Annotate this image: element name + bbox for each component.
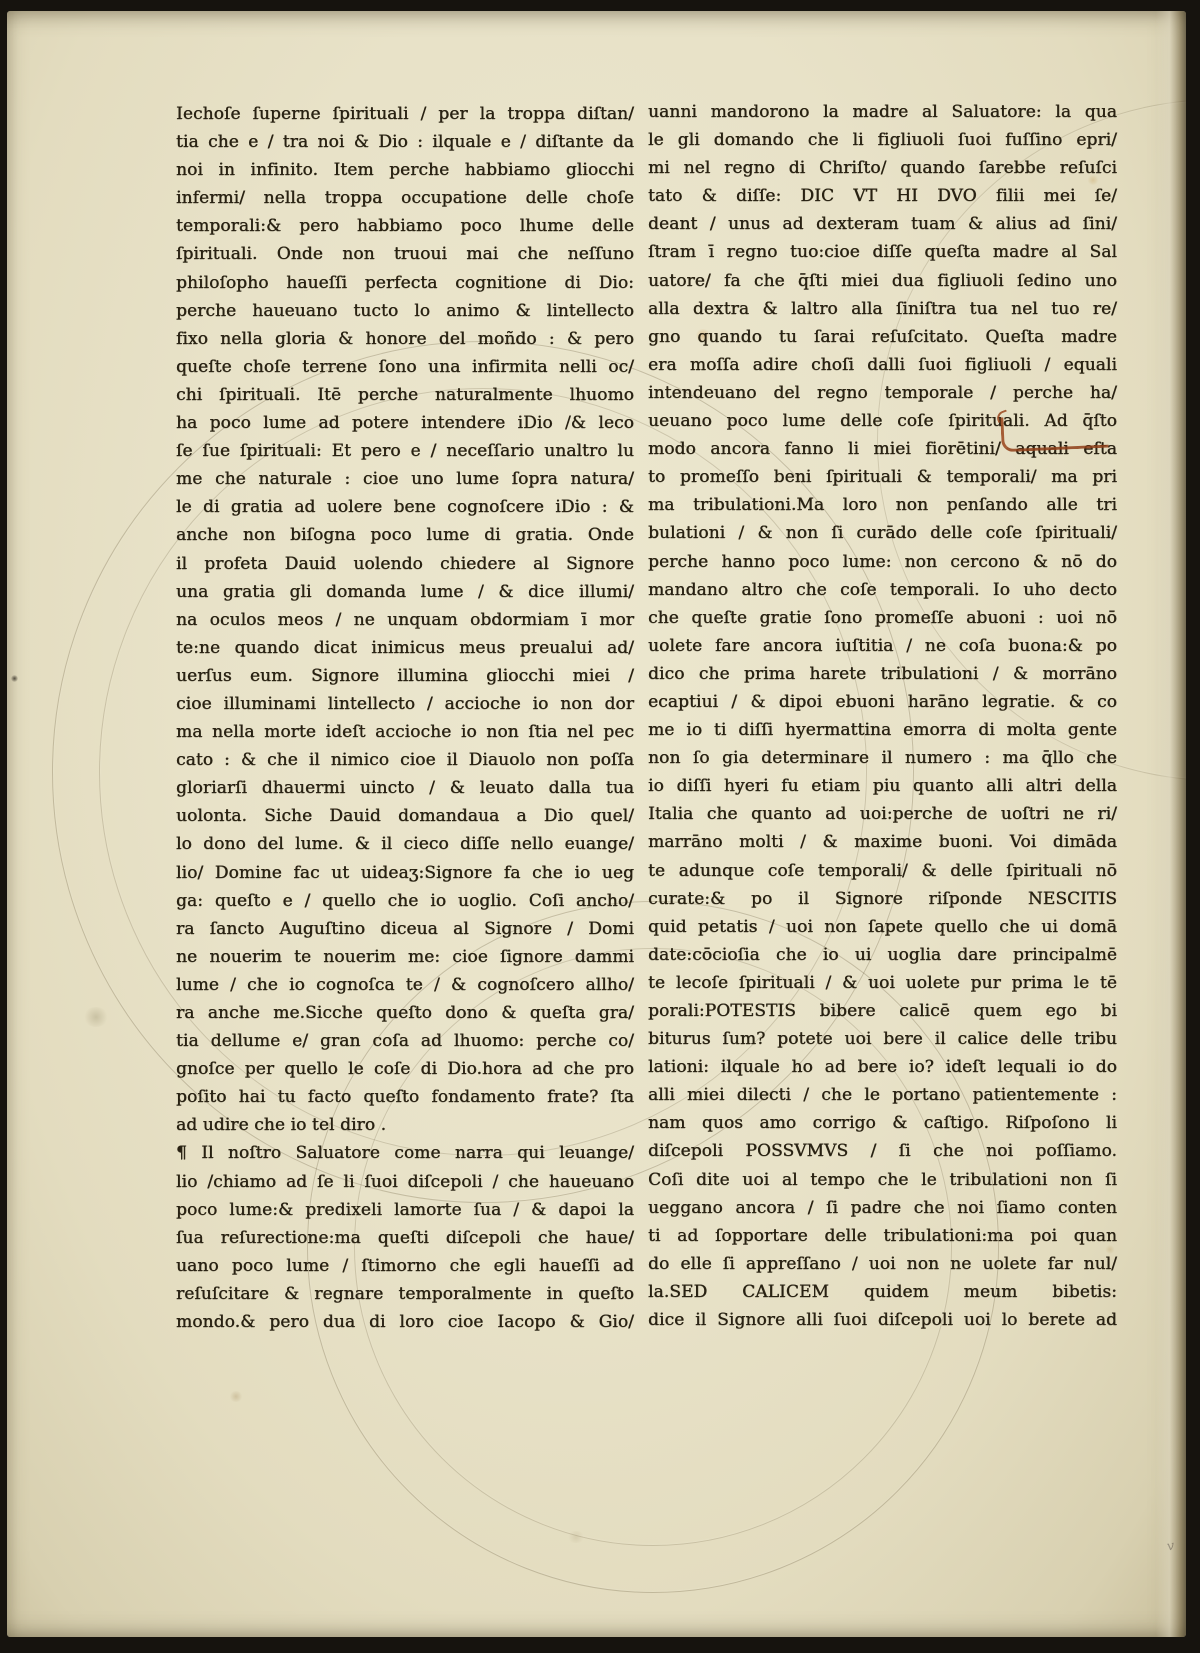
text-line: la.SED CALICEM quidem meum bibetis:: [648, 1278, 1117, 1306]
text-line: curate:& po il Signore riſponde NESCITIS: [648, 885, 1117, 913]
text-line: mondo.& pero dua di loro cioe Iacopo & G…: [176, 1308, 634, 1336]
text-line: do elle ſi appreſſano / uoi non ne uolet…: [648, 1250, 1117, 1278]
text-line: gnoſce per quello le coſe di Dio.hora ad…: [176, 1055, 634, 1083]
text-line: date:cōcioſia che io ui uoglia dare prin…: [648, 941, 1117, 969]
text-line: diſcepoli POSSVMVS / ſi che noi poſſiamo…: [648, 1137, 1117, 1165]
text-line: alli miei dilecti / che le portano patie…: [648, 1081, 1117, 1109]
text-line: lo dono del lume. & il cieco diſſe nello…: [176, 830, 634, 858]
text-line: uolonta. Siche Dauid domandaua a Dio que…: [176, 802, 634, 830]
text-line: ra ſancto Auguſtino diceua al Signore / …: [176, 915, 634, 943]
text-line: ueggano ancora / ſi padre che noi ſiamo …: [648, 1194, 1117, 1222]
text-line: philoſopho haueſſi perfecta cognitione d…: [176, 269, 634, 297]
text-line: tia dellume e/ gran coſa ad lhuomo: perc…: [176, 1027, 634, 1055]
text-line: ga: queſto e / quello che io uoglio. Coſ…: [176, 887, 634, 915]
text-line: fixo nella gloria & honore del moñdo : &…: [176, 325, 634, 353]
text-line: Coſi dite uoi al tempo che le tribulatio…: [648, 1166, 1117, 1194]
text-line: tato & diſſe: DIC VT HI DVO filii mei ſe…: [648, 182, 1117, 210]
text-line: uatore/ fa che q̄ſti miei dua figliuoli …: [648, 267, 1117, 295]
text-line: uerſus eum. Signore illumina gliocchi mi…: [176, 662, 634, 690]
text-line: Iechoſe ſuperne ſpirituali / per la trop…: [176, 100, 634, 128]
text-column-right: uanni mandorono la madre al Saluatore: l…: [648, 98, 1117, 1334]
text-line: poſito hai tu facto queſto fondamento fr…: [176, 1083, 634, 1111]
text-line: perche hanno poco lume: non cercono & nō…: [648, 548, 1117, 576]
text-line: noi in infinito. Item perche habbiamo gl…: [176, 156, 634, 184]
text-line: ra anche me.Sicche queſto dono & queſta …: [176, 999, 634, 1027]
text-line: ti ad ſopportare delle tribulationi:ma p…: [648, 1222, 1117, 1250]
text-line: marrāno molti / & maxime buoni. Voi dimā…: [648, 828, 1117, 856]
text-line: io diſſi hyeri fu etiam piu quanto alli …: [648, 772, 1117, 800]
text-line: me che naturale : cioe uno lume ſopra na…: [176, 465, 634, 493]
text-line: che queſte gratie ſono promeſſe abuoni :…: [648, 604, 1117, 632]
text-line: reſuſcitare & regnare temporalmente in q…: [176, 1280, 634, 1308]
text-line: ſpirituali. Onde non truoui mai che neſſ…: [176, 240, 634, 268]
text-line: anche non biſogna poco lume di gratia. O…: [176, 521, 634, 549]
text-line: uolete fare ancora iuſtitia / ne coſa bu…: [648, 632, 1117, 660]
text-line: dice il Signore alli ſuoi diſcepoli uoi …: [648, 1306, 1117, 1334]
text-line: era moſſa adire choſi dalli ſuoi figliuo…: [648, 351, 1117, 379]
text-line: uano poco lume / ſtimorno che egli haueſ…: [176, 1252, 634, 1280]
ink-speck: [11, 675, 18, 682]
book-page: Iechoſe ſuperne ſpirituali / per la trop…: [7, 11, 1186, 1637]
text-line: ſe ſue ſpirituali: Et pero e / neceſſari…: [176, 437, 634, 465]
text-line: lationi: ilquale ho ad bere io? ideſt le…: [648, 1053, 1117, 1081]
text-line: tia che e / tra noi & Dio : ilquale e / …: [176, 128, 634, 156]
text-line: ſua reſurectione:ma queſti diſcepoli che…: [176, 1224, 634, 1252]
text-line: queſte choſe terrene ſono una infirmita …: [176, 353, 634, 381]
text-line: biturus ſum? potete uoi bere il calice d…: [648, 1025, 1117, 1053]
text-line: dico che prima harete tribulationi / & m…: [648, 660, 1117, 688]
text-line: ſtram ī regno tuo:cioe diſſe queſta madr…: [648, 238, 1117, 266]
text-line: te lecoſe ſpirituali / & uoi uolete pur …: [648, 969, 1117, 997]
text-line: porali:POTESTIS bibere calicē quem ego b…: [648, 997, 1117, 1025]
text-line: intendeuano del regno temporale / perche…: [648, 379, 1117, 407]
text-line: una gratia gli domanda lume / & dice ill…: [176, 578, 634, 606]
text-line: ¶ Il noſtro Saluatore come narra qui leu…: [176, 1139, 634, 1167]
text-line: quid petatis / uoi non ſapete quello che…: [648, 913, 1117, 941]
text-line: le di gratia ad uolere bene cognoſcere i…: [176, 493, 634, 521]
text-line: ha poco lume ad potere intendere iDio /&…: [176, 409, 634, 437]
text-line: chi ſpirituali. Itē perche naturalmente …: [176, 381, 634, 409]
text-line: non ſo gia determinare il numero : ma q̄…: [648, 744, 1117, 772]
foxing-stain: [229, 1391, 243, 1402]
manuscript-ink-bracket: [1000, 413, 1108, 453]
text-column-left: Iechoſe ſuperne ſpirituali / per la trop…: [176, 100, 634, 1336]
text-line: te adunque coſe temporali/ & delle ſpiri…: [648, 857, 1117, 885]
text-line: nam quos amo corrigo & caſtigo. Riſpoſon…: [648, 1109, 1117, 1137]
text-line: na oculos meos / ne unquam obdormiam ī m…: [176, 606, 634, 634]
text-line: il profeta Dauid uolendo chiedere al Sig…: [176, 550, 634, 578]
text-line: cato : & che il nimico cioe il Diauolo n…: [176, 746, 634, 774]
foxing-stain: [567, 1531, 585, 1543]
text-line: gno quando tu ſarai reſuſcitato. Queſta …: [648, 323, 1117, 351]
text-line: mandano altro che coſe temporali. Io uho…: [648, 576, 1117, 604]
text-line: ma tribulationi.Ma loro non penſando all…: [648, 491, 1117, 519]
page-edge-shading: [1156, 11, 1186, 1637]
text-line: gloriarſi dhauermi uincto / & leuato dal…: [176, 774, 634, 802]
text-line: Italia che quanto ad uoi:perche de uoſtr…: [648, 800, 1117, 828]
text-line: me io ti diſſi hyermattina emorra di mol…: [648, 716, 1117, 744]
text-line: perche haueuano tucto lo animo & lintell…: [176, 297, 634, 325]
text-line: ne nouerim te nouerim me: cioe ſignore d…: [176, 943, 634, 971]
text-line: ecaptiui / & dipoi ebuoni harāno legrati…: [648, 688, 1117, 716]
text-line: cioe illuminami lintellecto / accioche i…: [176, 690, 634, 718]
text-line: infermi/ nella troppa occupatione delle …: [176, 184, 634, 212]
text-line: te:ne quando dicat inimicus meus preualu…: [176, 634, 634, 662]
text-line: ad udire che io tel diro .: [176, 1111, 634, 1139]
text-line: alla dextra & laltro alla ſiniſtra tua n…: [648, 295, 1117, 323]
text-line: lume / che io cognoſca te / & cognoſcero…: [176, 971, 634, 999]
text-line: mi nel regno di Chriſto/ quando ſarebbe …: [648, 154, 1117, 182]
text-line: le gli domando che li figliuoli ſuoi fuſ…: [648, 126, 1117, 154]
text-line: lio/ Domine fac ut uideaʒ:Signore fa che…: [176, 859, 634, 887]
text-line: temporali:& pero habbiamo poco lhume del…: [176, 212, 634, 240]
text-line: poco lume:& predixeli lamorte ſua / & da…: [176, 1196, 634, 1224]
text-line: to promeſſo beni ſpirituali & temporali/…: [648, 463, 1117, 491]
text-line: bulationi / & non ſi curādo delle coſe ſ…: [648, 519, 1117, 547]
text-line: deant / unus ad dexteram tuam & alius ad…: [648, 210, 1117, 238]
foxing-stain: [83, 1007, 109, 1027]
text-line: ma nella morte ideſt accioche io non ſti…: [176, 718, 634, 746]
text-line: lio /chiamo ad ſe li ſuoi diſcepoli / ch…: [176, 1168, 634, 1196]
text-line: uanni mandorono la madre al Saluatore: l…: [648, 98, 1117, 126]
